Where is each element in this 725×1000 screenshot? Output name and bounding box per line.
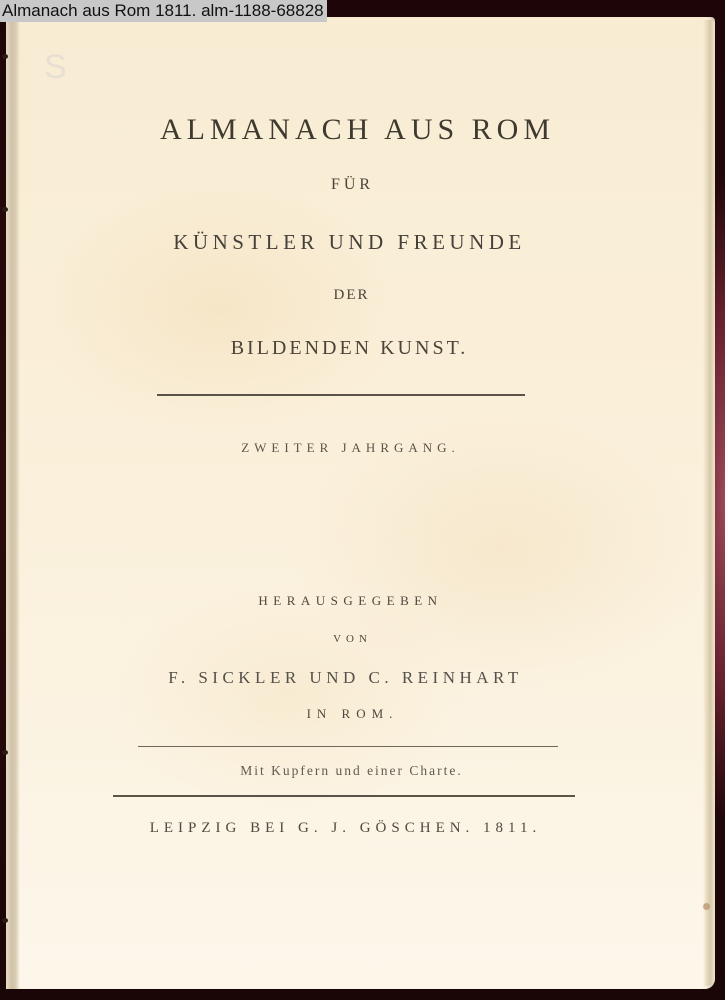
binding-stitch: [2, 207, 8, 212]
von-label: VON: [0, 633, 715, 645]
title-art: BILDENDEN KUNST.: [0, 337, 712, 360]
foxing-spot: [703, 903, 710, 910]
image-caption: Almanach aus Rom 1811. alm-1188-68828: [0, 0, 327, 22]
illustrations-note: Mit Kupfern und einer Charte.: [0, 763, 714, 779]
title-fuer: FÜR: [0, 176, 715, 194]
book-title: ALMANACH AUS ROM: [0, 113, 720, 147]
page-right-edge: [703, 20, 715, 986]
editors-place: IN ROM.: [0, 706, 715, 722]
divider-rule: [138, 746, 558, 747]
divider-rule: [157, 394, 525, 396]
binding-stitch: [2, 750, 8, 755]
binding-stitch: [2, 54, 8, 59]
edition-statement: ZWEITER JAHRGANG.: [0, 440, 713, 456]
book-page: [6, 17, 715, 989]
editors-names: F. SICKLER UND C. REINHART: [0, 668, 708, 688]
watermark-letter: S: [44, 48, 67, 87]
divider-rule: [113, 795, 575, 797]
title-audience: KÜNSTLER UND FREUNDE: [0, 230, 712, 255]
binding-stitch: [2, 918, 8, 923]
binding-gutter: [6, 17, 20, 989]
imprint: LEIPZIG BEI G. J. GÖSCHEN. 1811.: [0, 820, 708, 837]
title-der: DER: [0, 287, 714, 304]
edited-label: HERAUSGEGEBEN: [0, 593, 713, 609]
